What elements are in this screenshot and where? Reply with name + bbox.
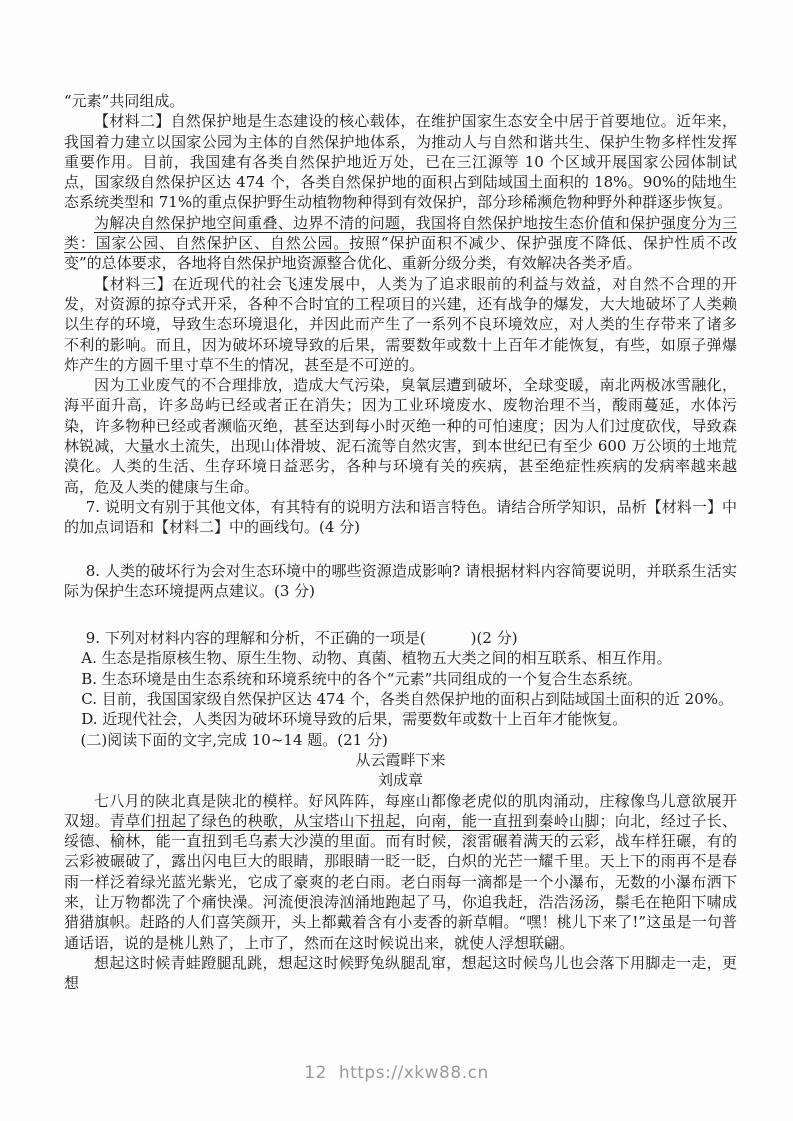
material-3-paragraph-2: 因为工业废气的不合理排放，造成大气污染，臭氧层遭到破坏，全球变暖，南北两极冰雪融… xyxy=(64,375,737,497)
question-9-option-c: C. 目前，我国国家级自然保护区达 474 个，各类自然保护地的面积占到陆域国土… xyxy=(64,689,737,709)
question-9-option-a: A. 生态是指原核生物、原生生物、动物、真菌、植物五大类之间的相互联系、相互作用… xyxy=(64,648,737,668)
text-run: 因为工业废气的不合理排放，造成大气污染，臭氧层遭到破坏，全球变暖，南北两极冰雪融… xyxy=(64,376,737,495)
watermark-url: https://xkw88.cn xyxy=(339,1063,489,1083)
text-run: ；向北，经过子长、绥德、榆林，能一直扭到毛乌素大沙漠的里面。而有时候，滚雷碾着满… xyxy=(64,812,737,952)
text-run: 【材料三】在近现代的社会飞速发展中，人类为了追求眼前的利益与效益，对自然不合理的… xyxy=(64,275,737,374)
passage-author: 刘成章 xyxy=(64,770,737,790)
passage-title: 从云霞畔下来 xyxy=(64,750,737,770)
text-run: 8. 人类的破坏行为会对生态环境中的哪些资源造成影响? 请根据材料内容简要说明，… xyxy=(64,562,737,600)
page-footer: 12 https://xkw88.cn xyxy=(0,1063,793,1083)
text-run: A. 生态是指原核生物、原生生物、动物、真菌、植物五大类之间的相互联系、相互作用… xyxy=(81,649,671,667)
text-run: D. 近现代社会，人类因为破坏环境导致的后果，需要数年或数十上百年才能恢复。 xyxy=(81,710,627,728)
text-run: 9. 下列对材料内容的理解和分析，不正确的一项是( )(2 分) xyxy=(86,629,518,647)
text-run: C. 目前，我国国家级自然保护区达 474 个，各类自然保护地的面积占到陆域国土… xyxy=(81,690,733,708)
text-run: 【材料二】自然保护地是生态建设的核心载体，在维护国家生态安全中居于首要地位。近年… xyxy=(64,112,737,211)
question-9-option-b: B. 生态环境是由生态系统和环境系统中的各个“元素”共同组成的一个复合生态系统。 xyxy=(64,669,737,689)
page-number: 12 xyxy=(304,1063,327,1083)
underlined-sentence: 青草们扭起了绿色的秧歌，从宝塔山下扭起，向南，能一直扭到秦岭山脚 xyxy=(110,812,600,830)
question-9: 9. 下列对材料内容的理解和分析，不正确的一项是( )(2 分) xyxy=(64,628,737,648)
text-run: 想起这时候青蛙蹬腿乱跳，想起这时候野兔纵腿乱窜，想起这时候鸟儿也会落下用脚走一走… xyxy=(64,954,737,992)
text-run: 从云霞畔下来 xyxy=(355,751,445,769)
passage-paragraph-2: 想起这时候青蛙蹬腿乱跳，想起这时候野兔纵腿乱窜，想起这时候鸟儿也会落下用脚走一走… xyxy=(64,953,737,994)
document-content: “元素”共同组成。【材料二】自然保护地是生态建设的核心载体，在维护国家生态安全中… xyxy=(64,91,737,993)
question-8: 8. 人类的破坏行为会对生态环境中的哪些资源造成影响? 请根据材料内容简要说明，… xyxy=(64,561,737,602)
section-2-heading: (二)阅读下面的文字,完成 10~14 题。(21 分) xyxy=(64,730,737,750)
material-2-paragraph-1: 【材料二】自然保护地是生态建设的核心载体，在维护国家生态安全中居于首要地位。近年… xyxy=(64,111,737,212)
question-7: 7. 说明文有别于其他文体，有其特有的说明方法和语言特色。请结合所学知识，品析【… xyxy=(64,497,737,538)
material-3-paragraph-1: 【材料三】在近现代的社会飞速发展中，人类为了追求眼前的利益与效益，对自然不合理的… xyxy=(64,274,737,375)
passage-paragraph-1: 七八月的陕北真是陕北的模样。好风阵阵，每座山都像老虎似的肌肉涌动，庄稼像鸟儿意欲… xyxy=(64,791,737,953)
text-run: B. 生态环境是由生态系统和环境系统中的各个“元素”共同组成的一个复合生态系统。 xyxy=(81,670,642,688)
text-run: (二)阅读下面的文字,完成 10~14 题。(21 分) xyxy=(81,731,388,749)
text-run: “元素”共同组成。 xyxy=(64,92,184,110)
material-2-paragraph-2: 为解决自然保护地空间重叠、边界不清的问题，我国将自然保护地按生态价值和保护强度分… xyxy=(64,213,737,274)
continuation-line: “元素”共同组成。 xyxy=(64,91,737,111)
question-9-option-d: D. 近现代社会，人类因为破坏环境导致的后果，需要数年或数十上百年才能恢复。 xyxy=(64,709,737,729)
text-run: 7. 说明文有别于其他文体，有其特有的说明方法和语言特色。请结合所学知识，品析【… xyxy=(64,498,737,536)
exam-page: “元素”共同组成。【材料二】自然保护地是生态建设的核心载体，在维护国家生态安全中… xyxy=(0,0,793,1121)
text-run: 刘成章 xyxy=(378,771,423,789)
